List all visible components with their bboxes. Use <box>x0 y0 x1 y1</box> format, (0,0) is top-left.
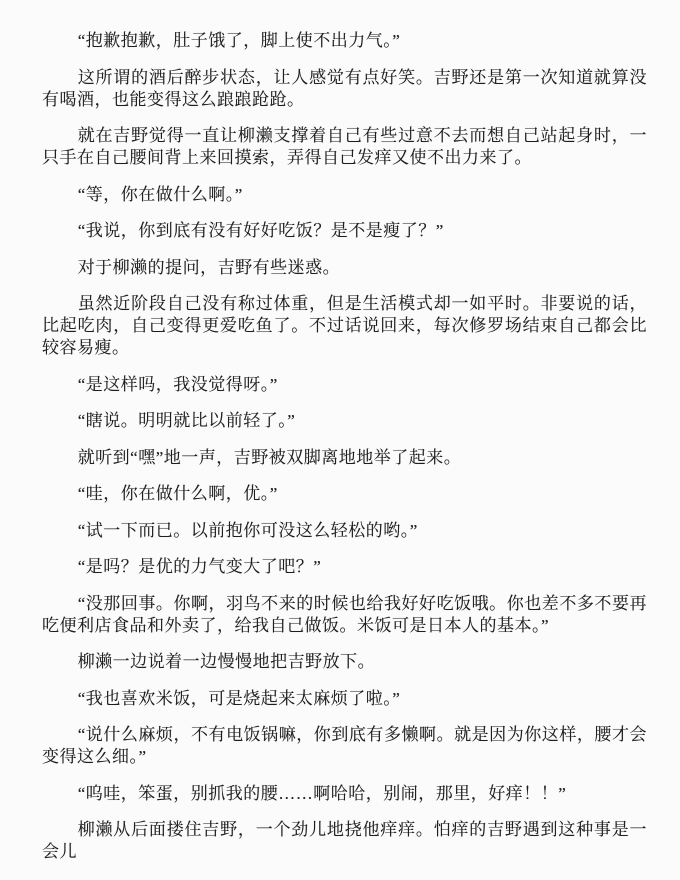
paragraph-narration: 对于柳濑的提问，吉野有些迷惑。 <box>42 257 647 279</box>
paragraph-narration: 柳濑一边说着一边慢慢地把吉野放下。 <box>42 651 647 673</box>
paragraph-narration: 柳濑从后面搂住吉野，一个劲儿地挠他痒痒。怕痒的吉野遇到这种事是一会儿 <box>42 819 647 863</box>
paragraph-dialogue: “瞎说。明明就比以前轻了。” <box>42 410 647 432</box>
paragraph-dialogue: “抱歉抱歉，肚子饿了，脚上使不出力气。” <box>42 30 647 52</box>
paragraph-dialogue: “说什么麻烦，不有电饭锅嘛，你到底有多懒啊。就是因为你这样，腰才会变得这么细。” <box>42 724 647 768</box>
paragraph-narration: 这所谓的酒后醉步状态，让人感觉有点好笑。吉野还是第一次知道就算没有喝酒，也能变得… <box>42 67 647 111</box>
paragraph-dialogue: “呜哇，笨蛋，别抓我的腰……啊哈哈，别闹，那里，好痒！！” <box>42 783 647 805</box>
paragraph-dialogue: “没那回事。你啊，羽鸟不来的时候也给我好好吃饭哦。你也差不多不要再吃便利店食品和… <box>42 593 647 637</box>
paragraph-dialogue: “是吗？是优的力气变大了吧？” <box>42 556 647 578</box>
paragraph-narration: 虽然近阶段自己没有称过体重，但是生活模式却一如平时。非要说的话，比起吃肉，自己变… <box>42 293 647 359</box>
paragraph-narration: 就在吉野觉得一直让柳濑支撑着自己有些过意不去而想自己站起身时，一只手在自己腰间背… <box>42 125 647 169</box>
paragraph-dialogue: “我说，你到底有没有好好吃饭？是不是瘦了？” <box>42 220 647 242</box>
paragraph-dialogue: “我也喜欢米饭，可是烧起来太麻烦了啦。” <box>42 688 647 710</box>
paragraph-dialogue: “哇，你在做什么啊，优。” <box>42 483 647 505</box>
paragraph-dialogue: “试一下而已。以前抱你可没这么轻松的哟。” <box>42 520 647 542</box>
paragraph-dialogue: “是这样吗，我没觉得呀。” <box>42 374 647 396</box>
document-page: “抱歉抱歉，肚子饿了，脚上使不出力气。” 这所谓的酒后醉步状态，让人感觉有点好笑… <box>0 0 680 880</box>
paragraph-dialogue: “等，你在做什么啊。” <box>42 184 647 206</box>
paragraph-narration: 就听到“嘿”地一声，吉野被双脚离地地举了起来。 <box>42 447 647 469</box>
